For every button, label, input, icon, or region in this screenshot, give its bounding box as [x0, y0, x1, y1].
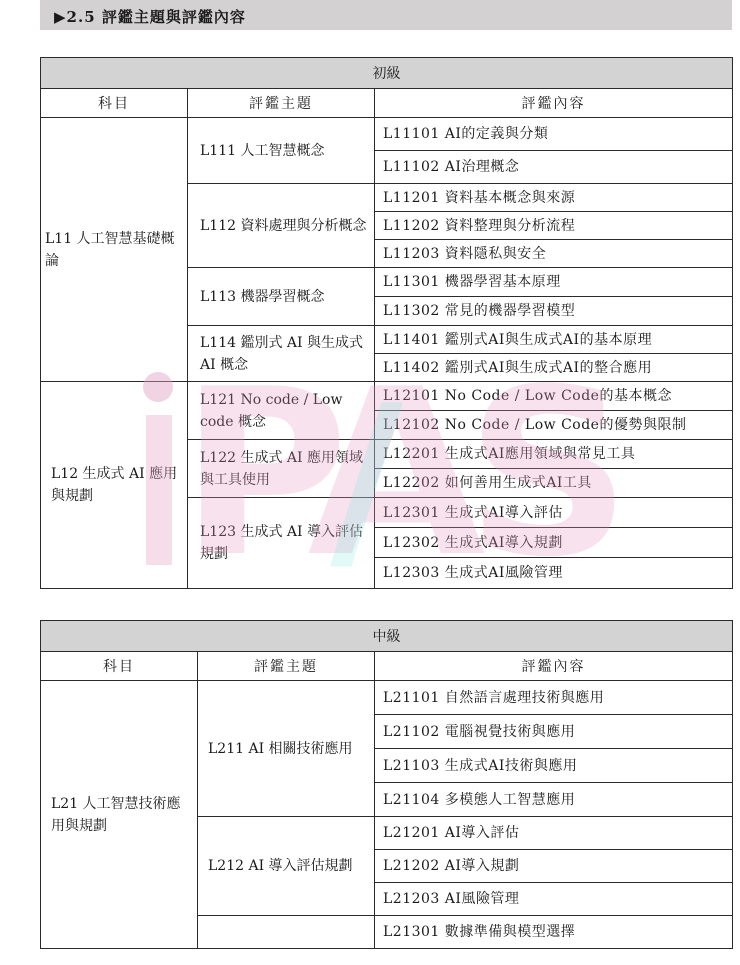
content-cell: L12301 生成式AI導入評估 — [375, 498, 733, 528]
topic-cell: L123 生成式 AI 導入評估規劃 — [188, 498, 375, 589]
section-title: ▶2.5 評鑑主題與評鑑內容 — [54, 6, 246, 27]
column-header-content: 評鑑內容 — [375, 89, 733, 118]
content-cell: L21301 數據準備與模型選擇 — [375, 916, 733, 949]
beginner-level-table: 初級 科目 評鑑主題 評鑑內容 L11 人工智慧基礎概論 L111 人工智慧概念… — [40, 57, 733, 589]
column-header-topic: 評鑑主題 — [188, 89, 375, 118]
column-header-content: 評鑑內容 — [375, 652, 733, 681]
content-cell: L21202 AI導入規劃 — [375, 850, 733, 883]
level-title: 初級 — [41, 58, 733, 89]
content-cell: L21102 電腦視覺技術與應用 — [375, 715, 733, 749]
topic-cell: L114 鑑別式 AI 與生成式 AI 概念 — [188, 326, 375, 382]
content-cell: L11302 常見的機器學習模型 — [375, 297, 733, 326]
topic-cell: L113 機器學習概念 — [188, 268, 375, 326]
content-cell: L12202 如何善用生成式AI工具 — [375, 469, 733, 498]
topic-cell: L111 人工智慧概念 — [188, 118, 375, 184]
content-cell: L11101 AI的定義與分類 — [375, 118, 733, 151]
content-cell: L12201 生成式AI應用領域與常見工具 — [375, 440, 733, 469]
intermediate-level-table: 中級 科目 評鑑主題 評鑑內容 L21 人工智慧技術應用與規劃 L211 AI … — [40, 620, 733, 949]
level-title: 中級 — [41, 621, 733, 652]
column-header-subject: 科目 — [41, 652, 198, 681]
content-cell: L11202 資料整理與分析流程 — [375, 212, 733, 240]
content-cell: L11203 資料隱私與安全 — [375, 240, 733, 268]
section-header-bar: ▶2.5 評鑑主題與評鑑內容 — [40, 0, 732, 30]
topic-cell: L112 資料處理與分析概念 — [188, 184, 375, 268]
content-cell: L21101 自然語言處理技術與應用 — [375, 681, 733, 715]
content-cell: L11201 資料基本概念與來源 — [375, 184, 733, 212]
content-cell: L21104 多模態人工智慧應用 — [375, 783, 733, 817]
content-cell: L21103 生成式AI技術與應用 — [375, 749, 733, 783]
subject-cell: L12 生成式 AI 應用與規劃 — [41, 382, 188, 589]
topic-cell: L211 AI 相關技術應用 — [198, 681, 375, 817]
content-cell: L21203 AI風險管理 — [375, 883, 733, 916]
topic-cell: L122 生成式 AI 應用領域與工具使用 — [188, 440, 375, 498]
content-cell: L11301 機器學習基本原理 — [375, 268, 733, 297]
topic-cell: L212 AI 導入評估規劃 — [198, 817, 375, 916]
triangle-marker-icon: ▶ — [54, 8, 67, 26]
content-cell: L12102 No Code / Low Code的優勢與限制 — [375, 411, 733, 440]
content-cell: L12303 生成式AI風險管理 — [375, 558, 733, 589]
content-cell: L12302 生成式AI導入規劃 — [375, 528, 733, 558]
subject-cell: L11 人工智慧基礎概論 — [41, 118, 188, 382]
column-header-subject: 科目 — [41, 89, 188, 118]
content-cell: L21201 AI導入評估 — [375, 817, 733, 850]
column-header-topic: 評鑑主題 — [198, 652, 375, 681]
section-title-text: 2.5 評鑑主題與評鑑內容 — [67, 8, 246, 26]
content-cell: L11401 鑑別式AI與生成式AI的基本原理 — [375, 326, 733, 354]
content-cell: L12101 No Code / Low Code的基本概念 — [375, 382, 733, 411]
topic-cell: L121 No code / Low code 概念 — [188, 382, 375, 440]
subject-cell: L21 人工智慧技術應用與規劃 — [41, 681, 198, 949]
content-cell: L11102 AI治理概念 — [375, 151, 733, 184]
content-cell: L11402 鑑別式AI與生成式AI的整合應用 — [375, 354, 733, 382]
topic-cell — [198, 916, 375, 949]
